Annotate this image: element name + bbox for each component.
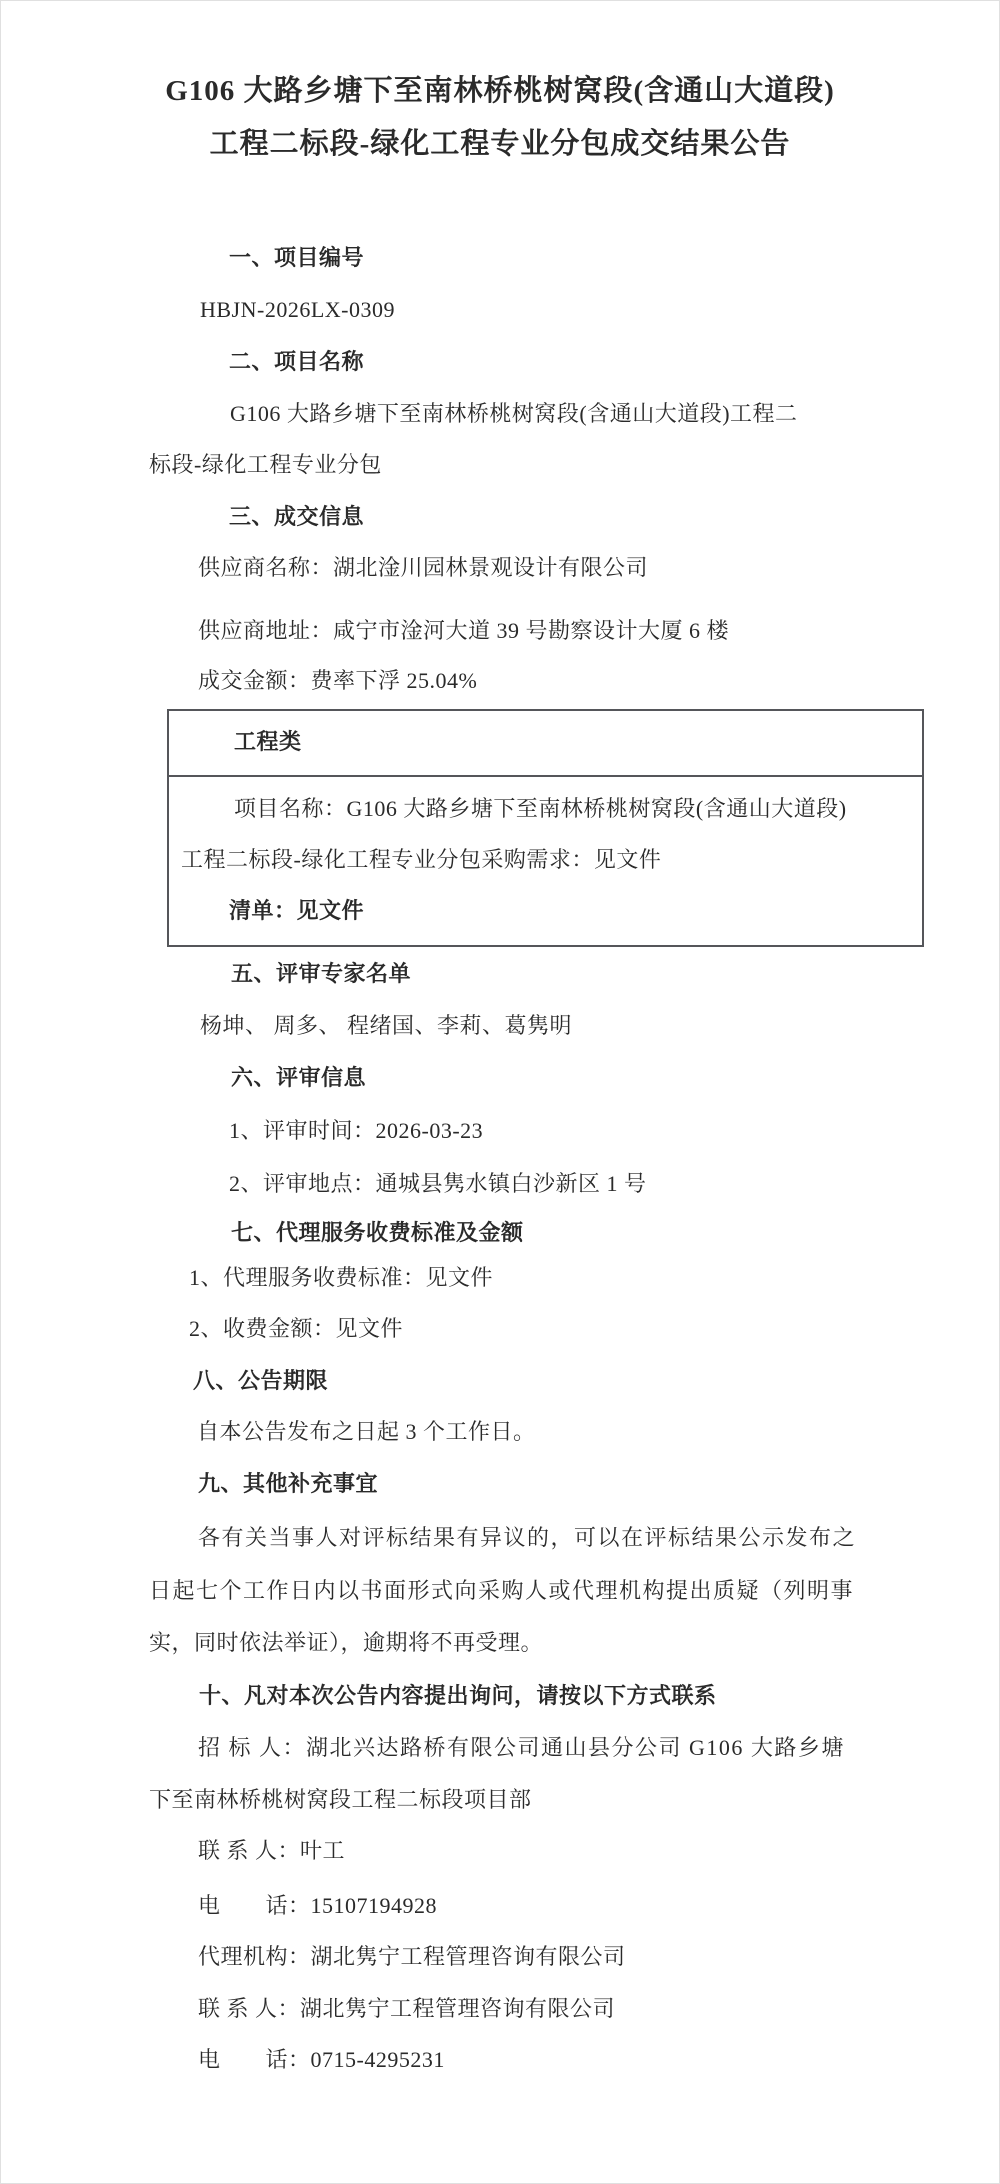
objection-line-2: 日起七个工作日内以书面形式向采购人或代理机构提出质疑（列明事	[149, 1576, 854, 1606]
agency-fee-amount: 2、收费金额：见文件	[189, 1314, 403, 1344]
announcement-document: G106 大路乡塘下至南林桥桃树窝段(含通山大道段) 工程二标段-绿化工程专业分…	[0, 0, 1000, 2184]
section-2-heading: 二、项目名称	[229, 347, 364, 377]
project-code: HBJN-2026LX-0309	[200, 295, 395, 325]
tenderer-line-2: 下至南林桥桃树窝段工程二标段项目部	[149, 1785, 532, 1815]
objection-line-3: 实，同时依法举证），逾期将不再受理。	[149, 1628, 543, 1658]
objection-line-1: 各有关当事人对评标结果有异议的，可以在评标结果公示发布之	[198, 1523, 856, 1553]
agency-fee-standard: 1、代理服务收费标准：见文件	[189, 1263, 493, 1293]
review-time: 1、评审时间：2026-03-23	[229, 1116, 483, 1146]
document-title-line-1: G106 大路乡塘下至南林桥桃树窝段(含通山大道段)	[1, 73, 999, 109]
tenderer-line-1: 招 标 人：湖北兴达路桥有限公司通山县分公司 G106 大路乡塘	[198, 1733, 845, 1763]
phone-number-1: 电 话：15107194928	[198, 1891, 437, 1921]
document-title-line-2: 工程二标段-绿化工程专业分包成交结果公告	[1, 126, 999, 162]
section-5-heading: 五、评审专家名单	[231, 959, 411, 989]
section-1-heading: 一、项目编号	[229, 243, 364, 273]
section-7-heading: 七、代理服务收费标准及金额	[231, 1218, 524, 1248]
contact-person-2: 联 系 人：湖北隽宁工程管理咨询有限公司	[198, 1994, 615, 2024]
supplier-name: 供应商名称：湖北淦川园林景观设计有限公司	[198, 553, 648, 583]
expert-list: 杨坤、 周多、 程绪国、李莉、葛隽明	[200, 1011, 572, 1041]
section-6-heading: 六、评审信息	[231, 1063, 366, 1093]
deal-amount: 成交金额：费率下浮 25.04%	[198, 666, 477, 696]
notice-period: 自本公告发布之日起 3 个工作日。	[197, 1417, 536, 1447]
project-name-line-2: 标段-绿化工程专业分包	[149, 450, 382, 480]
table-project-name-line-1: 项目名称：G106 大路乡塘下至南林桥桃树窝段(含通山大道段)	[234, 794, 847, 824]
section-9-heading: 九、其他补充事宜	[198, 1469, 378, 1499]
phone-number-2: 电 话：0715-4295231	[198, 2045, 445, 2075]
supplier-address: 供应商地址：咸宁市淦河大道 39 号勘察设计大厦 6 楼	[198, 616, 729, 646]
table-list-row: 清单：见文件	[229, 896, 364, 926]
table-header-label: 工程类	[234, 727, 302, 757]
project-name-line-1: G106 大路乡塘下至南林桥桃树窝段(含通山大道段)工程二	[230, 399, 798, 429]
agency-name: 代理机构：湖北隽宁工程管理咨询有限公司	[198, 1942, 626, 1972]
contact-person-1: 联 系 人：叶工	[198, 1836, 345, 1866]
section-10-heading: 十、凡对本次公告内容提出询问，请按以下方式联系	[199, 1681, 717, 1711]
section-3-heading: 三、成交信息	[229, 502, 364, 532]
section-8-heading: 八、公告期限	[193, 1366, 328, 1396]
table-project-name-line-2: 工程二标段-绿化工程专业分包采购需求：见文件	[181, 845, 661, 875]
review-place: 2、评审地点：通城县隽水镇白沙新区 1 号	[229, 1169, 647, 1199]
